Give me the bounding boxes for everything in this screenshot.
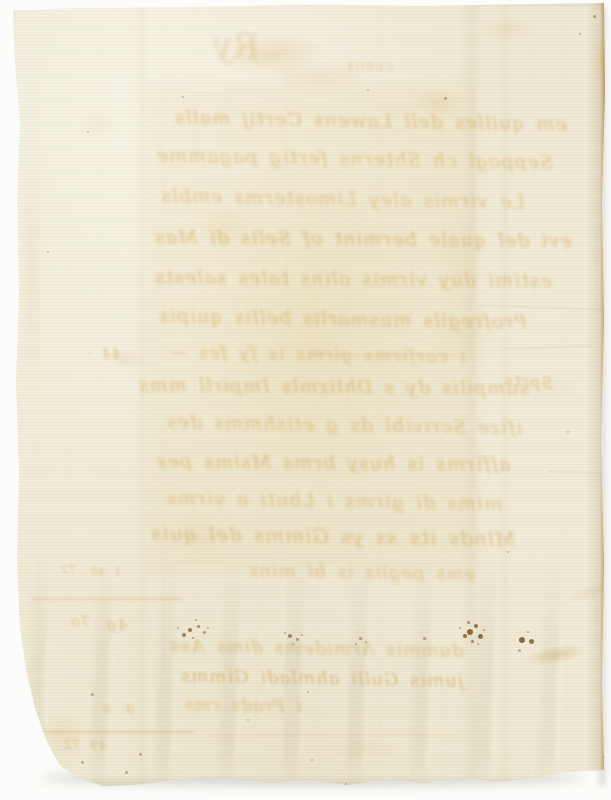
foxing-speck [383,786,385,788]
paper-sheet: Rycumisem quilles dell Lawens Certij mal… [8,2,606,790]
foxing-speck [507,551,509,553]
scan-background: Rycumisem quilles dell Lawens Certij mal… [0,0,611,800]
foxing-speck [444,97,447,100]
foxing-speck [567,431,569,433]
foxing-speck [593,15,596,18]
foxing-speck [491,786,494,789]
foxing-speck [182,96,184,98]
bottom-ripple-shading [8,554,606,789]
foxing-speck [87,131,89,133]
foxing-speck [607,701,610,704]
foxing-speck [579,33,581,35]
foxing-speck [367,89,369,91]
foxing-speck [607,456,610,459]
foxing-speck [607,211,610,214]
foxing-speck [47,251,49,253]
